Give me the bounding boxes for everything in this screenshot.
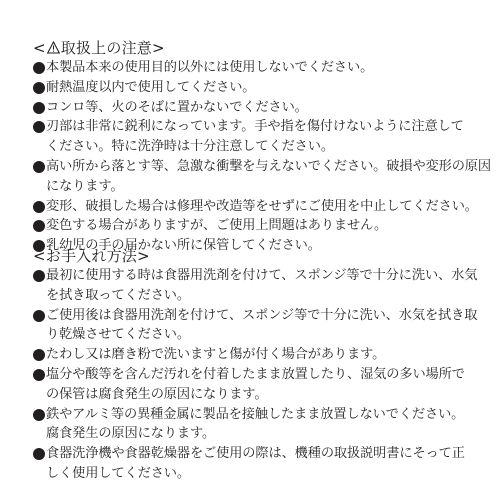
list-item: 最初に使用する時は食器用洗剤を付けて、スポンジ等で十分に洗い、水気を拭き取ってく… [33, 266, 473, 306]
list-item: 変形、破損した場合は修理や改造等をせずにご使用を中止してください。 [33, 197, 473, 217]
bullet-icon [33, 102, 45, 114]
list-item: 耐熱温度以内で使用してください。 [33, 78, 473, 98]
list-item: 食器洗浄機や食器乾燥器をご使用の際は、機種の取扱説明書にそって正しく使用してくだ… [33, 444, 473, 484]
list-item: 鉄やアルミ等の異種金属に製品を接触したまま放置しないでください。腐食発生の原因に… [33, 405, 473, 445]
bullet-icon [33, 369, 45, 381]
handling-precautions-section: <取扱上の注意> 本製品本来の使用目的以外には使用しないでください。 耐熱温度以… [33, 38, 473, 256]
care-instructions-section: <お手入れ方法> 最初に使用する時は食器用洗剤を付けて、スポンジ等で十分に洗い、… [33, 246, 473, 484]
bullet-icon [33, 448, 45, 460]
list-item: ご使用後は食器用洗剤を付けて、スポンジ等で十分に洗い、水気を拭き取り乾燥させてく… [33, 306, 473, 346]
bullet-icon [33, 82, 45, 94]
list-item: 塩分や酸等を含んだ汚れを付着したまま放置したり、湿気の多い場所での保管は腐食発生… [33, 365, 473, 405]
section-heading: <取扱上の注意> [33, 38, 473, 58]
bullet-icon [33, 310, 45, 322]
list-item: 変色する場合がありますが、ご使用上問題はありません。 [33, 216, 473, 236]
list-item: 刃部は非常に鋭利になっています。手や指を傷付けないように注意してください。特に洗… [33, 117, 473, 157]
bullet-icon [33, 270, 45, 282]
section-heading: <お手入れ方法> [33, 246, 473, 266]
bullet-icon [33, 161, 45, 173]
bullet-icon [33, 201, 45, 213]
bullet-icon [33, 409, 45, 421]
heading-bracket-open: < [33, 247, 46, 265]
list-item: たわし又は磨き粉で洗いますと傷が付く場合があります。 [33, 345, 473, 365]
bullet-icon [33, 220, 45, 232]
heading-text: お手入れ方法 [46, 247, 137, 265]
bullet-icon [33, 62, 45, 74]
list-item: コンロ等、火のそばに置かないでください。 [33, 98, 473, 118]
list-item: 高い所から落とす等、急激な衝撃を与えないでください。破損や変形の原因になります。 [33, 157, 473, 197]
heading-bracket-close: > [152, 39, 165, 57]
list-item: 本製品本来の使用目的以外には使用しないでください。 [33, 58, 473, 78]
warning-triangle-icon [47, 41, 60, 54]
heading-bracket-open: < [33, 39, 46, 57]
bullet-icon [33, 349, 45, 361]
heading-text: 取扱上の注意 [61, 39, 152, 57]
heading-bracket-close: > [137, 247, 150, 265]
bullet-icon [33, 121, 45, 133]
